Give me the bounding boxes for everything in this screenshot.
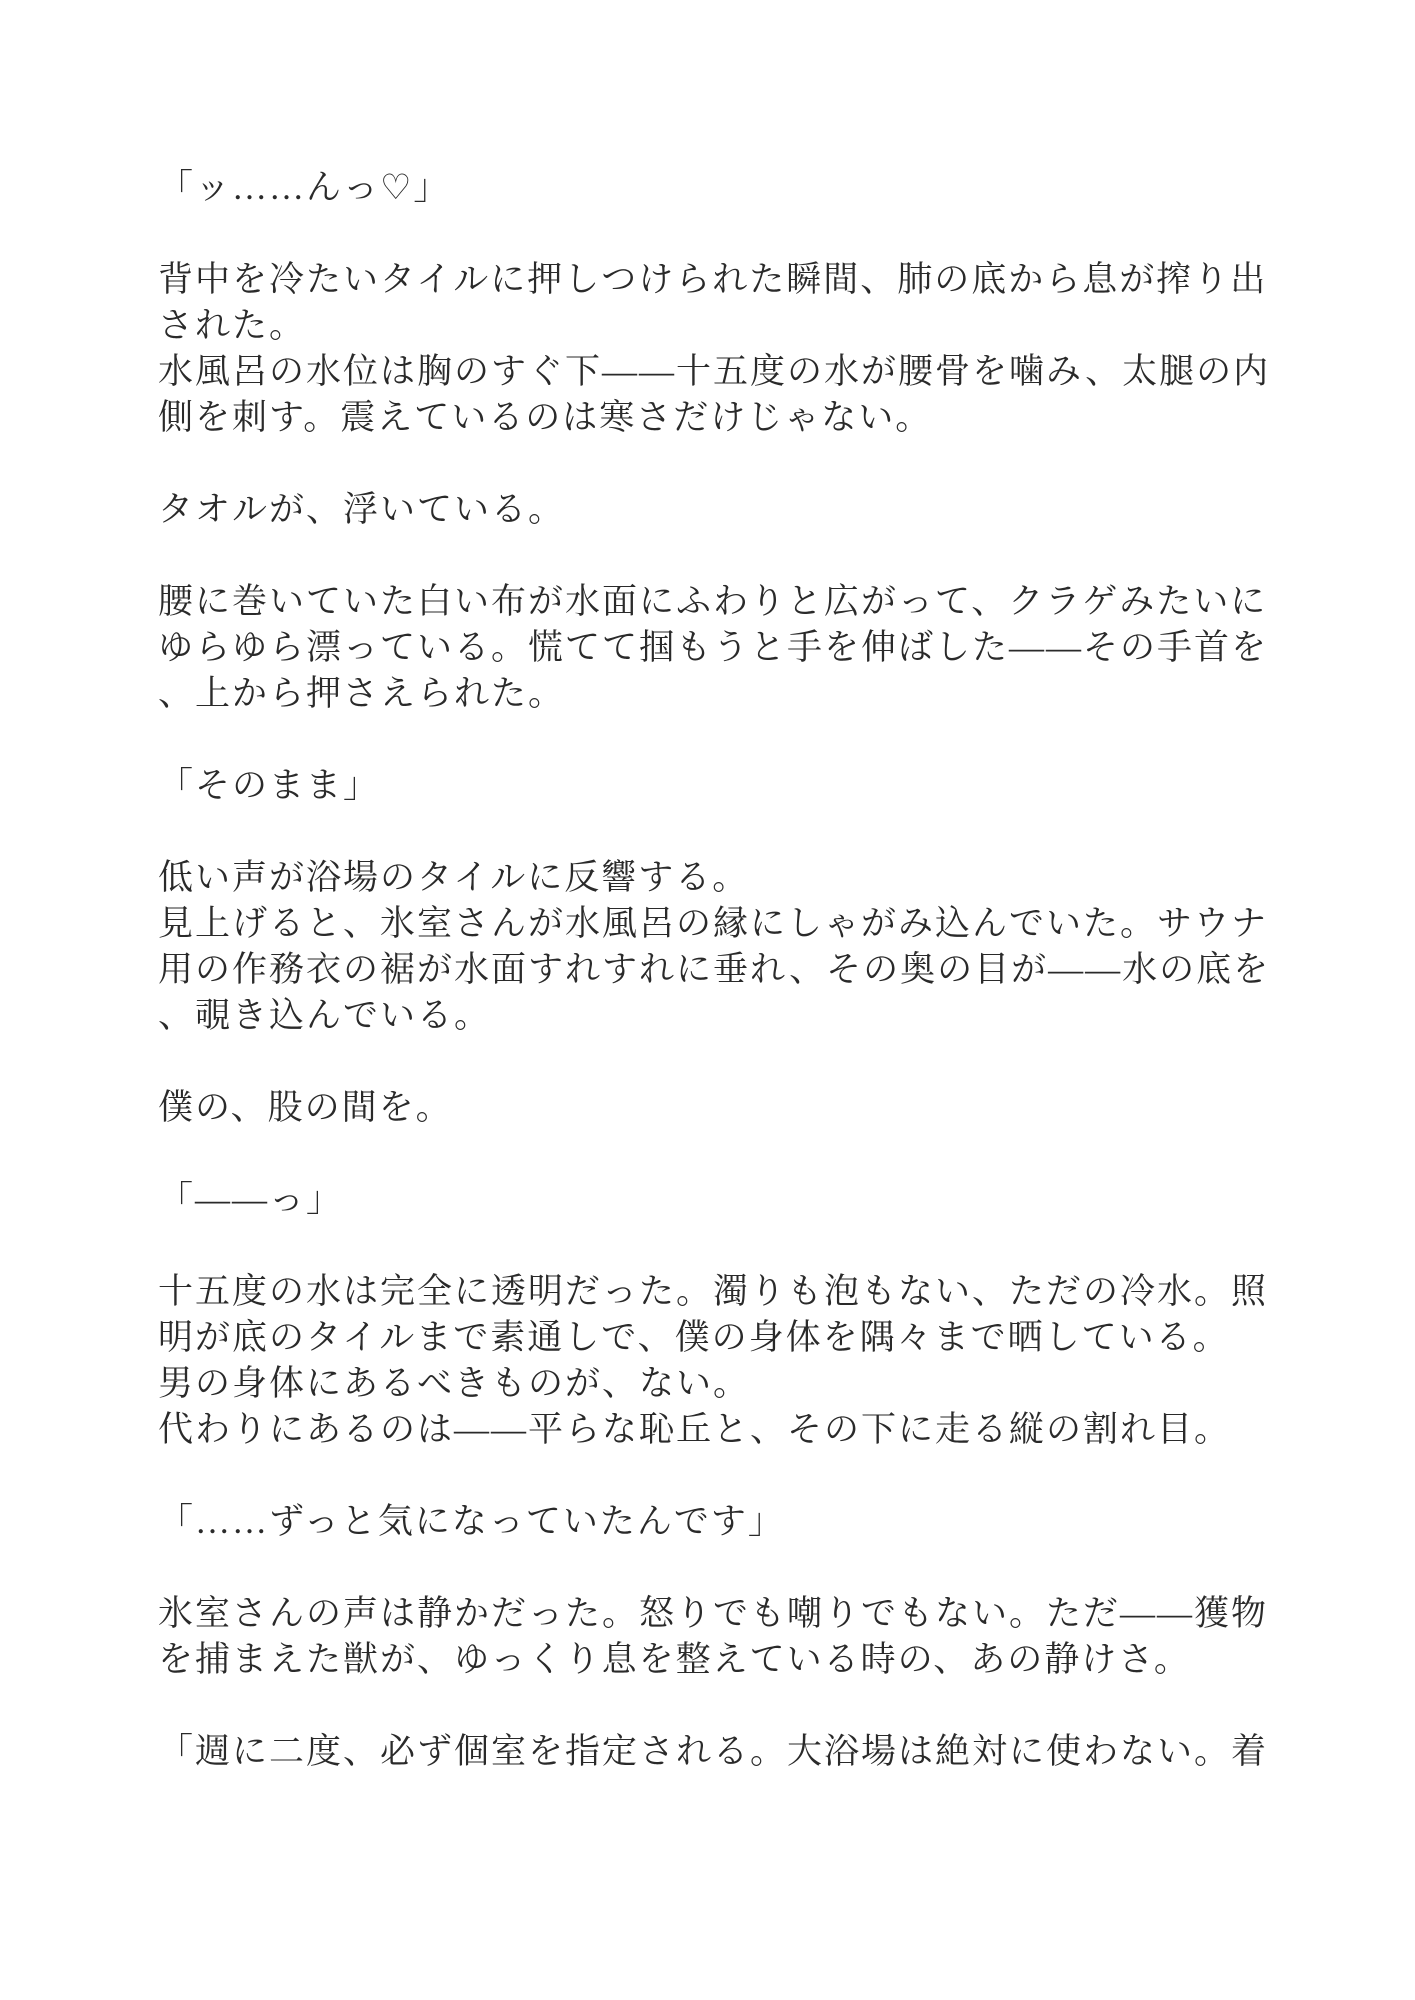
paragraph: 低い声が浴場のタイルに反響する。 見上げると、氷室さんが水風呂の縁にしゃがみ込ん…: [158, 855, 1275, 1039]
paragraph: タオルが、浮いている。: [158, 487, 1275, 533]
document-page: 「ッ……んっ♡」 背中を冷たいタイルに押しつけられた瞬間、肺の底から息が搾り出 …: [0, 0, 1415, 2000]
paragraph: 背中を冷たいタイルに押しつけられた瞬間、肺の底から息が搾り出 された。 水風呂の…: [158, 257, 1275, 441]
paragraph: 氷室さんの声は静かだった。怒りでも嘲りでもない。ただ――獲物 を捕まえた獣が、ゆ…: [158, 1591, 1275, 1683]
paragraph: 「そのまま」: [158, 763, 1275, 809]
paragraph: 「――っ」: [158, 1177, 1275, 1223]
paragraph: 僕の、股の間を。: [158, 1085, 1275, 1131]
paragraph: 十五度の水は完全に透明だった。濁りも泡もない、ただの冷水。照 明が底のタイルまで…: [158, 1269, 1275, 1453]
paragraph: 「……ずっと気になっていたんです」: [158, 1499, 1275, 1545]
paragraph: 「週に二度、必ず個室を指定される。大浴場は絶対に使わない。着: [158, 1729, 1275, 1775]
paragraph: 「ッ……んっ♡」: [158, 165, 1275, 211]
paragraph: 腰に巻いていた白い布が水面にふわりと広がって、クラゲみたいに ゆらゆら漂っている…: [158, 579, 1275, 717]
